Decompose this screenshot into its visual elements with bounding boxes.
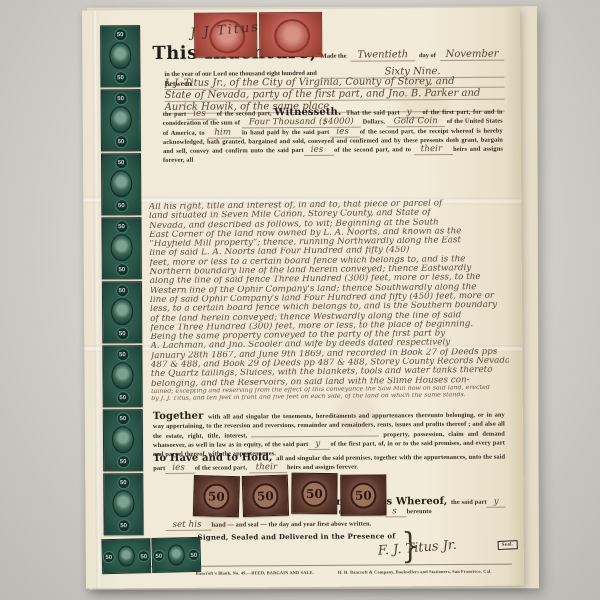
green-revenue-stamp: 50 50 [101,538,151,574]
brown-revenue-stamp: 50 [242,475,289,518]
made-the-label: Made the [321,53,347,60]
printed-text: hand — and seal — the day and year first… [211,521,371,529]
handwritten-fill: ies [165,463,194,474]
handwritten-fill: ies [186,109,216,120]
stamp-denomination: 50 [153,549,165,561]
footer-blank-number: Bancroft's Blank, No. 49.—DEED, BARGAIN … [196,570,314,576]
portrait-oval-icon [109,42,131,69]
printed-text: in hand paid by the said part [242,128,330,136]
handwritten-fill: y [308,439,330,450]
portrait-oval-icon [111,362,133,389]
green-revenue-stamp: 50 50 [103,409,143,471]
handwritten-fill: Gold Coin [387,116,445,127]
green-revenue-stamp: 50 50 [103,473,143,535]
stamp-denomination: 50 [115,263,128,276]
stamp-denomination: 50 [114,92,127,105]
witnesseth-paragraph: the parties of the second part, Witnesse… [163,107,503,166]
green-revenue-stamp: 50 50 [101,89,141,151]
month-value: November [440,49,505,61]
indenture-document: 50 50 50 50 50 50 50 [82,7,524,588]
handwritten-fill: s [385,507,406,518]
seal-label: Seal. [498,540,518,550]
photo-background: 50 50 50 50 50 50 50 [0,0,600,600]
handwritten-fill: y [487,497,506,508]
printed-text: the said part [451,499,487,506]
portrait-oval-icon [112,490,134,517]
stamp-denomination: 50 [203,483,230,510]
portrait-oval-icon [110,106,132,133]
green-revenue-stamp: 50 50 [102,281,142,343]
green-revenue-stamp-pair: 50 50 50 50 [101,537,201,574]
day-value: Twentieth [350,49,415,61]
printed-text: Dollars, [361,119,387,126]
green-revenue-stamp: 50 50 [100,25,140,87]
printed-text [251,435,379,437]
stamp-denomination: 50 [117,455,130,468]
handwritten-fill: their [414,144,453,155]
stamp-denomination: 50 [115,199,128,212]
footer-printer-credit: H. H. Bancroft & Company, Booksellers an… [338,569,492,575]
stamp-denomination: 50 [115,220,128,233]
handwritten-fill: their [249,462,287,473]
witness-continuation-line: set his hand — and seal — the day and ye… [166,519,506,531]
stamp-denomination: 50 [115,284,128,297]
handwritten-fill: ies [304,145,334,156]
portrait-oval-icon [111,298,133,325]
portrait-oval-icon [111,234,133,261]
stamp-denomination: 50 [117,519,130,532]
portrait-oval-icon [112,426,134,453]
stamp-denomination: 50 [115,156,128,169]
handwritten-fill: set his [166,520,212,531]
printed-text: hereunto [407,508,432,515]
handwritten-fill: him [207,127,242,138]
between-label: Between [164,79,191,88]
printed-text: the part [163,111,187,118]
stamp-denomination: 50 [114,71,127,84]
green-revenue-stamp: 50 50 [101,153,141,215]
green-revenue-stamp: 50 50 [102,345,142,407]
stamp-denomination: 50 [116,391,129,404]
day-of-label: day of [419,52,436,59]
stamp-denomination: 50 [350,482,376,508]
brown-revenue-stamp: 50 [193,475,240,517]
stamp-denomination: 50 [116,327,129,340]
portrait-oval-icon [110,170,132,197]
stamp-denomination: 50 [114,135,127,148]
stamp-denomination: 50 [116,412,129,425]
stamp-denomination: 50 [117,476,130,489]
land-description-lines: All his right, title and interest of, in… [149,199,509,389]
handwritten-fill: ies [329,126,359,137]
portrait-oval-icon [118,545,136,566]
printed-text: Together [153,411,208,422]
brown-revenue-stamp: 50 [340,474,386,515]
stamp-denomination: 50 [252,482,279,509]
stamp-denomination: 50 [138,550,150,562]
printed-text: of the second part, and to [334,146,414,154]
stamp-denomination: 50 [301,480,327,506]
to-have-and-to-hold-paragraph: To Have and to Hold, all and singular th… [153,452,505,474]
green-revenue-stamp-strip: 50 50 50 50 50 50 50 [100,25,144,535]
stamp-denomination: 50 [188,548,200,560]
stamp-denomination: 50 [103,550,115,562]
stamp-denomination: 50 [116,348,129,361]
brown-revenue-stamp-row: 50 50 50 50 [193,474,386,516]
green-revenue-stamp: 50 50 [101,217,141,279]
portrait-oval-icon [168,544,186,565]
land-description: All his right, title and interest of, in… [149,199,509,403]
green-revenue-stamp: 50 50 [151,537,201,573]
signed-sealed-label: Signed, Sealed and Delivered in the Pres… [198,531,396,541]
printed-text: of the second part, [195,465,249,472]
printed-text: heirs and assigns forever. [287,464,358,471]
brown-revenue-stamp: 50 [291,473,337,514]
stamp-denomination: 50 [114,28,127,41]
